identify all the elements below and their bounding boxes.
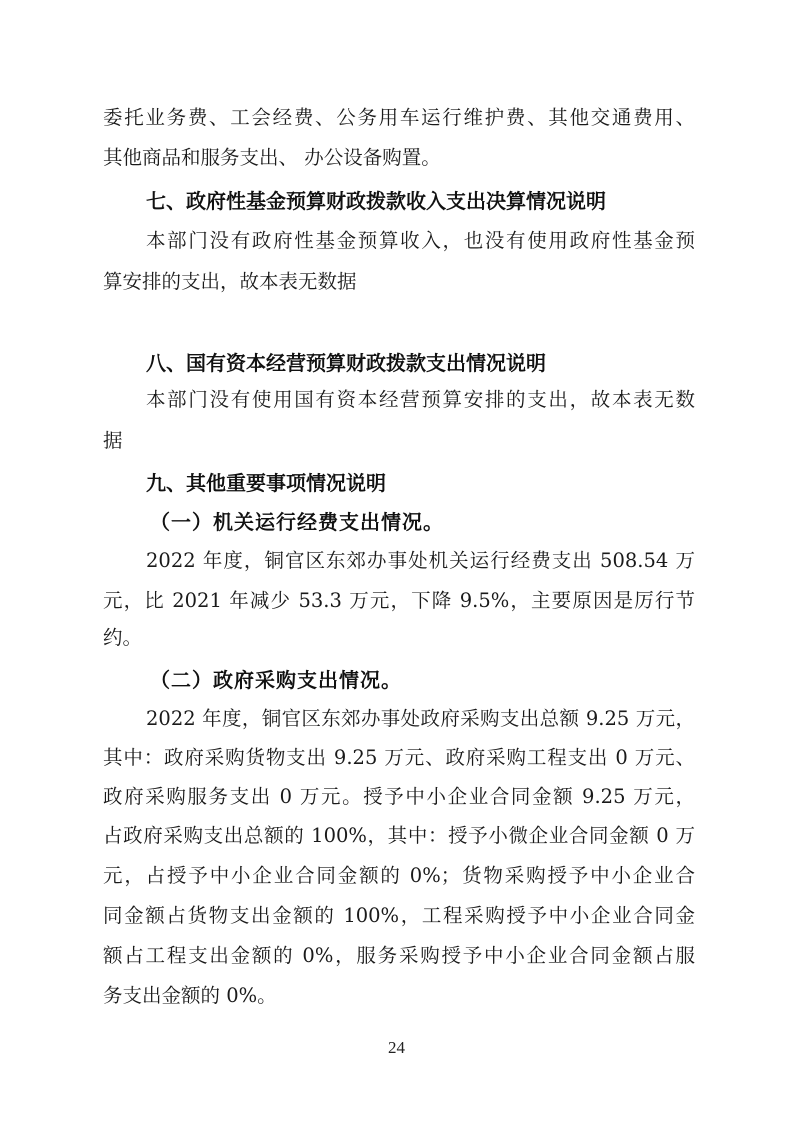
- paragraph-line: 算安排的支出，故本表无数据: [103, 267, 695, 297]
- paragraph-line: 据: [103, 426, 695, 456]
- paragraph-line: 元，比 2021 年减少 53.3 万元，下降 9.5%，主要原因是厉行节: [103, 586, 695, 616]
- paragraph-line: 同金额占货物支出金额的 100%，工程采购授予中小企业合同金: [103, 901, 695, 931]
- subsection-heading-1: （一）机关运行经费支出情况。: [150, 507, 444, 537]
- paragraph-line: 2022 年度，铜官区东郊办事处机关运行经费支出 508.54 万: [146, 546, 695, 576]
- document-page: 委托业务费、工会经费、公务用车运行维护费、其他交通费用、 其他商品和服务支出、 …: [0, 0, 793, 1122]
- paragraph-line: 政府采购服务支出 0 万元。授予中小企业合同金额 9.25 万元，: [103, 782, 695, 812]
- paragraph-line: 占政府采购支出总额的 100%，其中：授予小微企业合同金额 0 万: [103, 821, 695, 851]
- section-heading-8: 八、国有资本经营预算财政拨款支出情况说明: [146, 348, 546, 378]
- paragraph-line: 务支出金额的 0%。: [103, 981, 695, 1011]
- section-heading-9: 九、其他重要事项情况说明: [146, 468, 386, 498]
- subsection-heading-2: （二）政府采购支出情况。: [150, 665, 402, 695]
- section-heading-7: 七、政府性基金预算财政拨款收入支出决算情况说明: [146, 186, 606, 216]
- paragraph-line: 2022 年度，铜官区东郊办事处政府采购支出总额 9.25 万元，: [146, 704, 695, 734]
- paragraph-line: 委托业务费、工会经费、公务用车运行维护费、其他交通费用、: [103, 103, 695, 133]
- page-number: 24: [0, 1038, 793, 1058]
- paragraph-line: 元，占授予中小企业合同金额的 0%；货物采购授予中小企业合: [103, 861, 695, 891]
- paragraph-line: 其中：政府采购货物支出 9.25 万元、政府采购工程支出 0 万元、: [103, 743, 695, 773]
- paragraph-line: 本部门没有政府性基金预算收入，也没有使用政府性基金预: [146, 226, 695, 256]
- paragraph-line: 其他商品和服务支出、 办公设备购置。: [103, 143, 695, 173]
- paragraph-line: 本部门没有使用国有资本经营预算安排的支出，故本表无数: [146, 385, 695, 415]
- paragraph-line: 额占工程支出金额的 0%，服务采购授予中小企业合同金额占服: [103, 941, 695, 971]
- paragraph-line: 约。: [103, 623, 695, 653]
